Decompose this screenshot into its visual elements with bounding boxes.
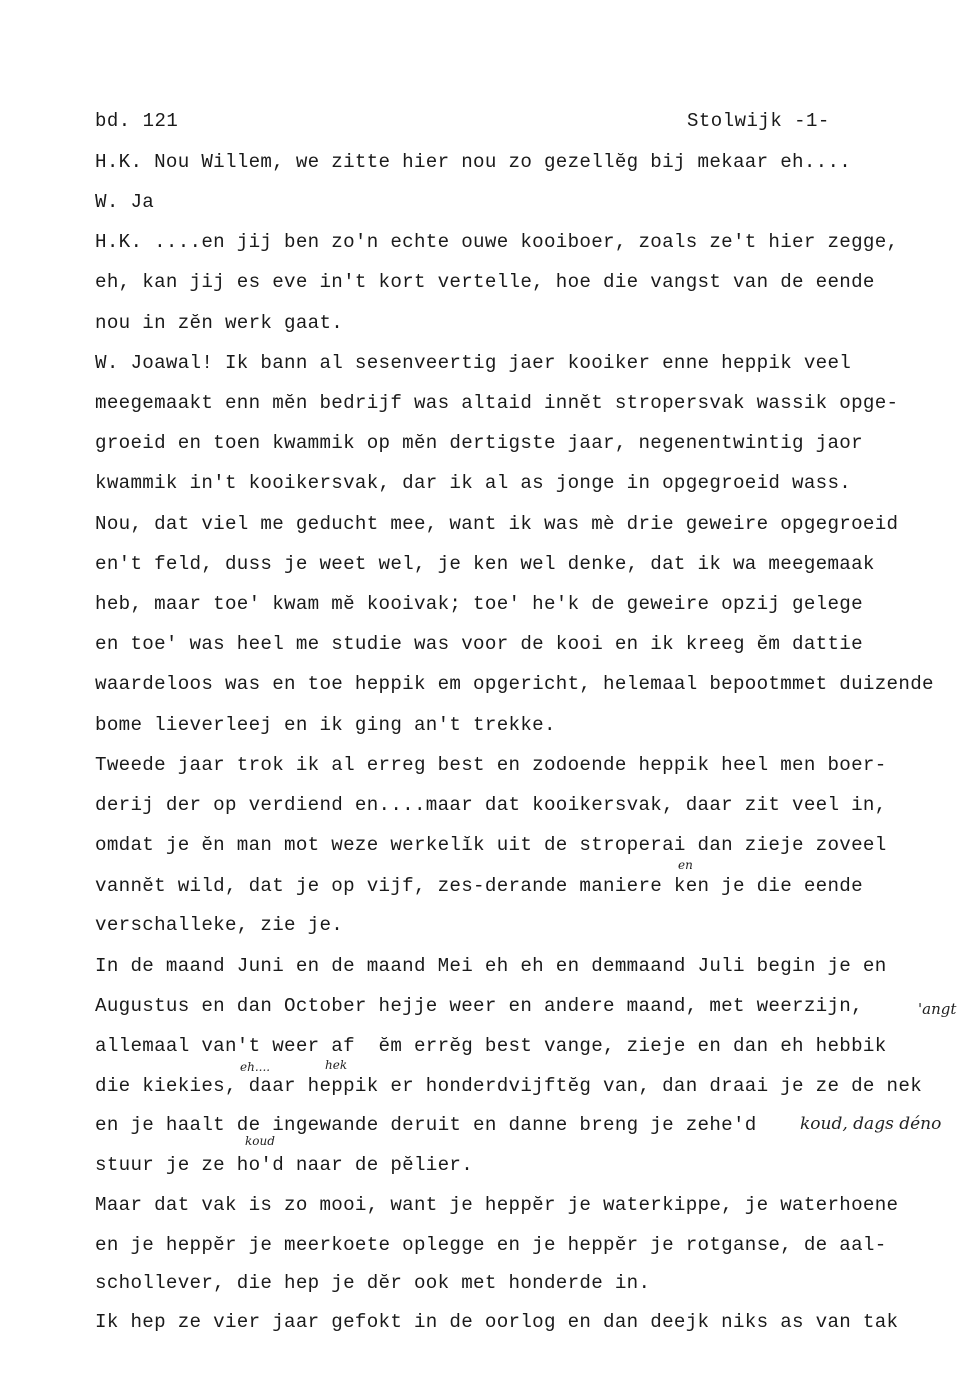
text-line: In de maand Juni en de maand Mei eh eh e… (95, 954, 887, 978)
text-line: Ik hep ze vier jaar gefokt in de oorlog … (95, 1310, 898, 1334)
handwritten-annotation: en (678, 858, 693, 872)
text-line: W. Ja (95, 190, 154, 214)
document-page: bd. 121 Stolwijk -1- H.K. Nou Willem, we… (0, 0, 973, 1394)
text-line: die kiekies, daar heppik er honderdvijft… (95, 1074, 922, 1098)
text-line: stuur je ze ho'd naar de pĕlier. (95, 1153, 473, 1177)
text-line: schollever, die hep je dĕr ook met honde… (95, 1271, 650, 1295)
text-line: en je haalt de ingewande deruit en danne… (95, 1113, 757, 1137)
text-line: verschalleke, zie je. (95, 913, 343, 937)
text-line: W. Joawal! Ik bann al sesenveertig jaer … (95, 351, 851, 375)
page-title: Stolwijk -1- (687, 110, 830, 132)
handwritten-annotation: koud, dags déno (800, 1114, 941, 1134)
text-line: vannĕt wild, dat je op vijf, zes-derande… (95, 874, 863, 898)
page-reference: bd. 121 (95, 110, 178, 132)
handwritten-annotation: koud (245, 1134, 275, 1148)
text-line: en toe' was heel me studie was voor de k… (95, 632, 863, 656)
text-line: Tweede jaar trok ik al erreg best en zod… (95, 753, 887, 777)
text-line: meegemaakt enn mĕn bedrijf was altaid in… (95, 391, 898, 415)
text-line: H.K. ....en jij ben zo'n echte ouwe kooi… (95, 230, 898, 254)
text-line: en't feld, duss je weet wel, je ken wel … (95, 552, 875, 576)
text-line: bome lieverleej en ik ging an't trekke. (95, 713, 556, 737)
text-line: eh, kan jij es eve in't kort vertelle, h… (95, 270, 875, 294)
text-line: en je heppĕr je meerkoete oplegge en je … (95, 1233, 887, 1257)
handwritten-annotation: 'angt (918, 1000, 956, 1018)
text-line: nou in zĕn werk gaat. (95, 311, 343, 335)
text-line: omdat je ĕn man mot weze werkelĭk uit de… (95, 833, 887, 857)
text-line: H.K. Nou Willem, we zitte hier nou zo ge… (95, 150, 851, 174)
text-line: Maar dat vak is zo mooi, want je heppĕr … (95, 1193, 898, 1217)
text-line: heb, maar toe' kwam mĕ kooivak; toe' he'… (95, 592, 863, 616)
text-line: Augustus en dan October hejje weer en an… (95, 994, 863, 1018)
text-line: Nou, dat viel me geducht mee, want ik wa… (95, 512, 898, 536)
text-line: derij der op verdiend en....maar dat koo… (95, 793, 887, 817)
text-line: waardeloos was en toe heppik em opgerich… (95, 672, 934, 696)
text-line: kwammik in't kooikersvak, dar ik al as j… (95, 471, 851, 495)
text-line: allemaal van't weer af ĕm errĕg best van… (95, 1034, 887, 1058)
handwritten-annotation: eh.... (240, 1060, 270, 1074)
text-line: groeid en toen kwammik op mĕn dertigste … (95, 431, 863, 455)
handwritten-annotation: hek (325, 1058, 347, 1072)
